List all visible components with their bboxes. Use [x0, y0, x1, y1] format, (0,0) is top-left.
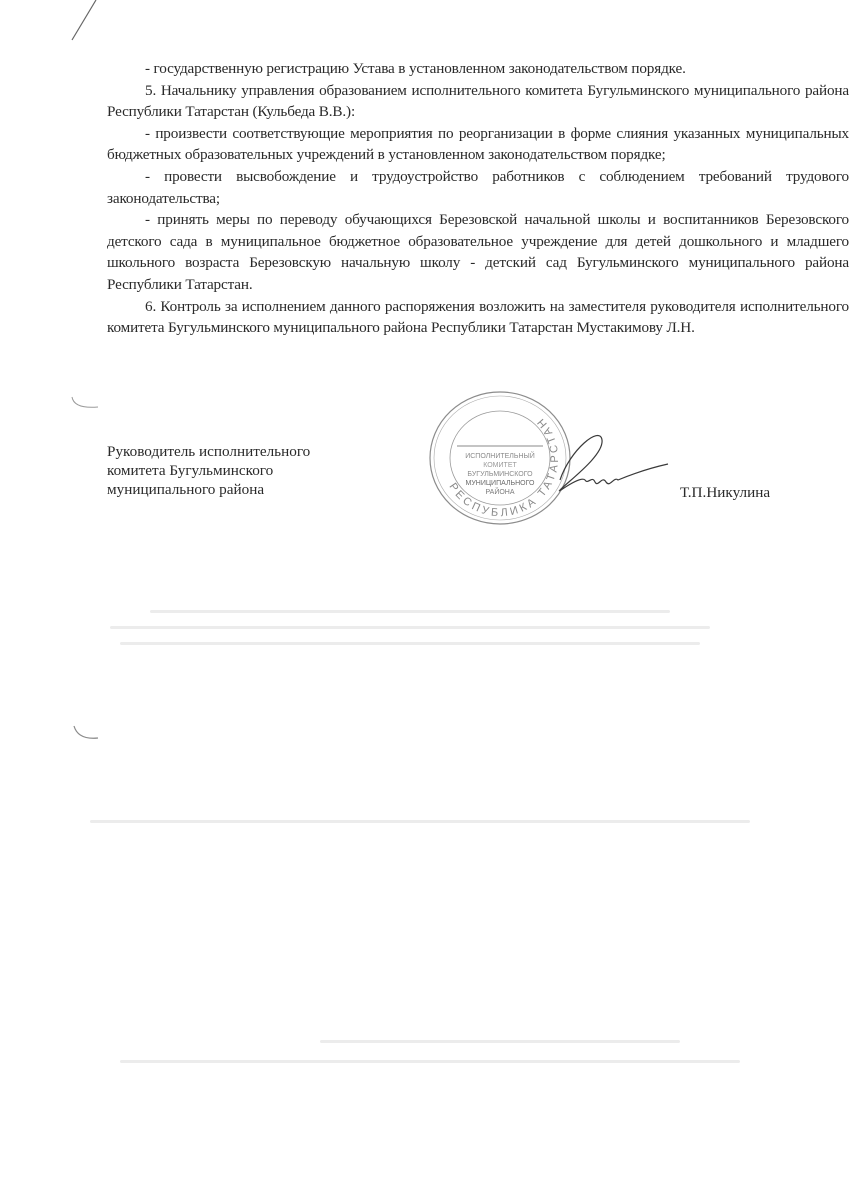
svg-text:КОМИТЕТ: КОМИТЕТ — [483, 462, 517, 469]
document-page: - государственную регистрацию Устава в у… — [0, 0, 849, 1200]
bleed-through-mark — [150, 610, 670, 613]
handwritten-signature — [540, 420, 670, 500]
paragraph: - произвести соответствующие мероприятия… — [107, 123, 849, 166]
signatory-position-line: Руководитель исполнительного — [107, 442, 310, 461]
svg-text:БУГУЛЬМИНСКОГО: БУГУЛЬМИНСКОГО — [467, 471, 533, 478]
scan-artifact-curve — [72, 720, 112, 750]
signatory-position-line: комитета Бугульминского — [107, 461, 310, 480]
paragraph: - принять меры по переводу обучающихся Б… — [107, 209, 849, 295]
bleed-through-mark — [120, 1060, 740, 1063]
paragraph: 6. Контроль за исполнением данного распо… — [107, 296, 849, 339]
svg-text:МУНИЦИПАЛЬНОГО: МУНИЦИПАЛЬНОГО — [466, 480, 536, 487]
paragraph: - провести высвобождение и трудоустройст… — [107, 166, 849, 209]
document-body: - государственную регистрацию Устава в у… — [107, 58, 849, 339]
scan-artifact-curve — [70, 395, 110, 415]
svg-text:РАЙОНА: РАЙОНА — [485, 487, 514, 496]
signatory-position: Руководитель исполнительного комитета Бу… — [107, 442, 310, 499]
signatory-name: Т.П.Никулина — [680, 484, 770, 502]
scan-artifact-line — [60, 0, 100, 45]
signatory-position-line: муниципального района — [107, 480, 310, 499]
bleed-through-mark — [320, 1040, 680, 1043]
svg-text:ИСПОЛНИТЕЛЬНЫЙ: ИСПОЛНИТЕЛЬНЫЙ — [465, 451, 535, 460]
paragraph: 5. Начальнику управления образованием ис… — [107, 80, 849, 123]
paragraph: - государственную регистрацию Устава в у… — [107, 58, 849, 80]
bleed-through-mark — [120, 642, 700, 645]
bleed-through-mark — [90, 820, 750, 823]
bleed-through-mark — [110, 626, 710, 629]
